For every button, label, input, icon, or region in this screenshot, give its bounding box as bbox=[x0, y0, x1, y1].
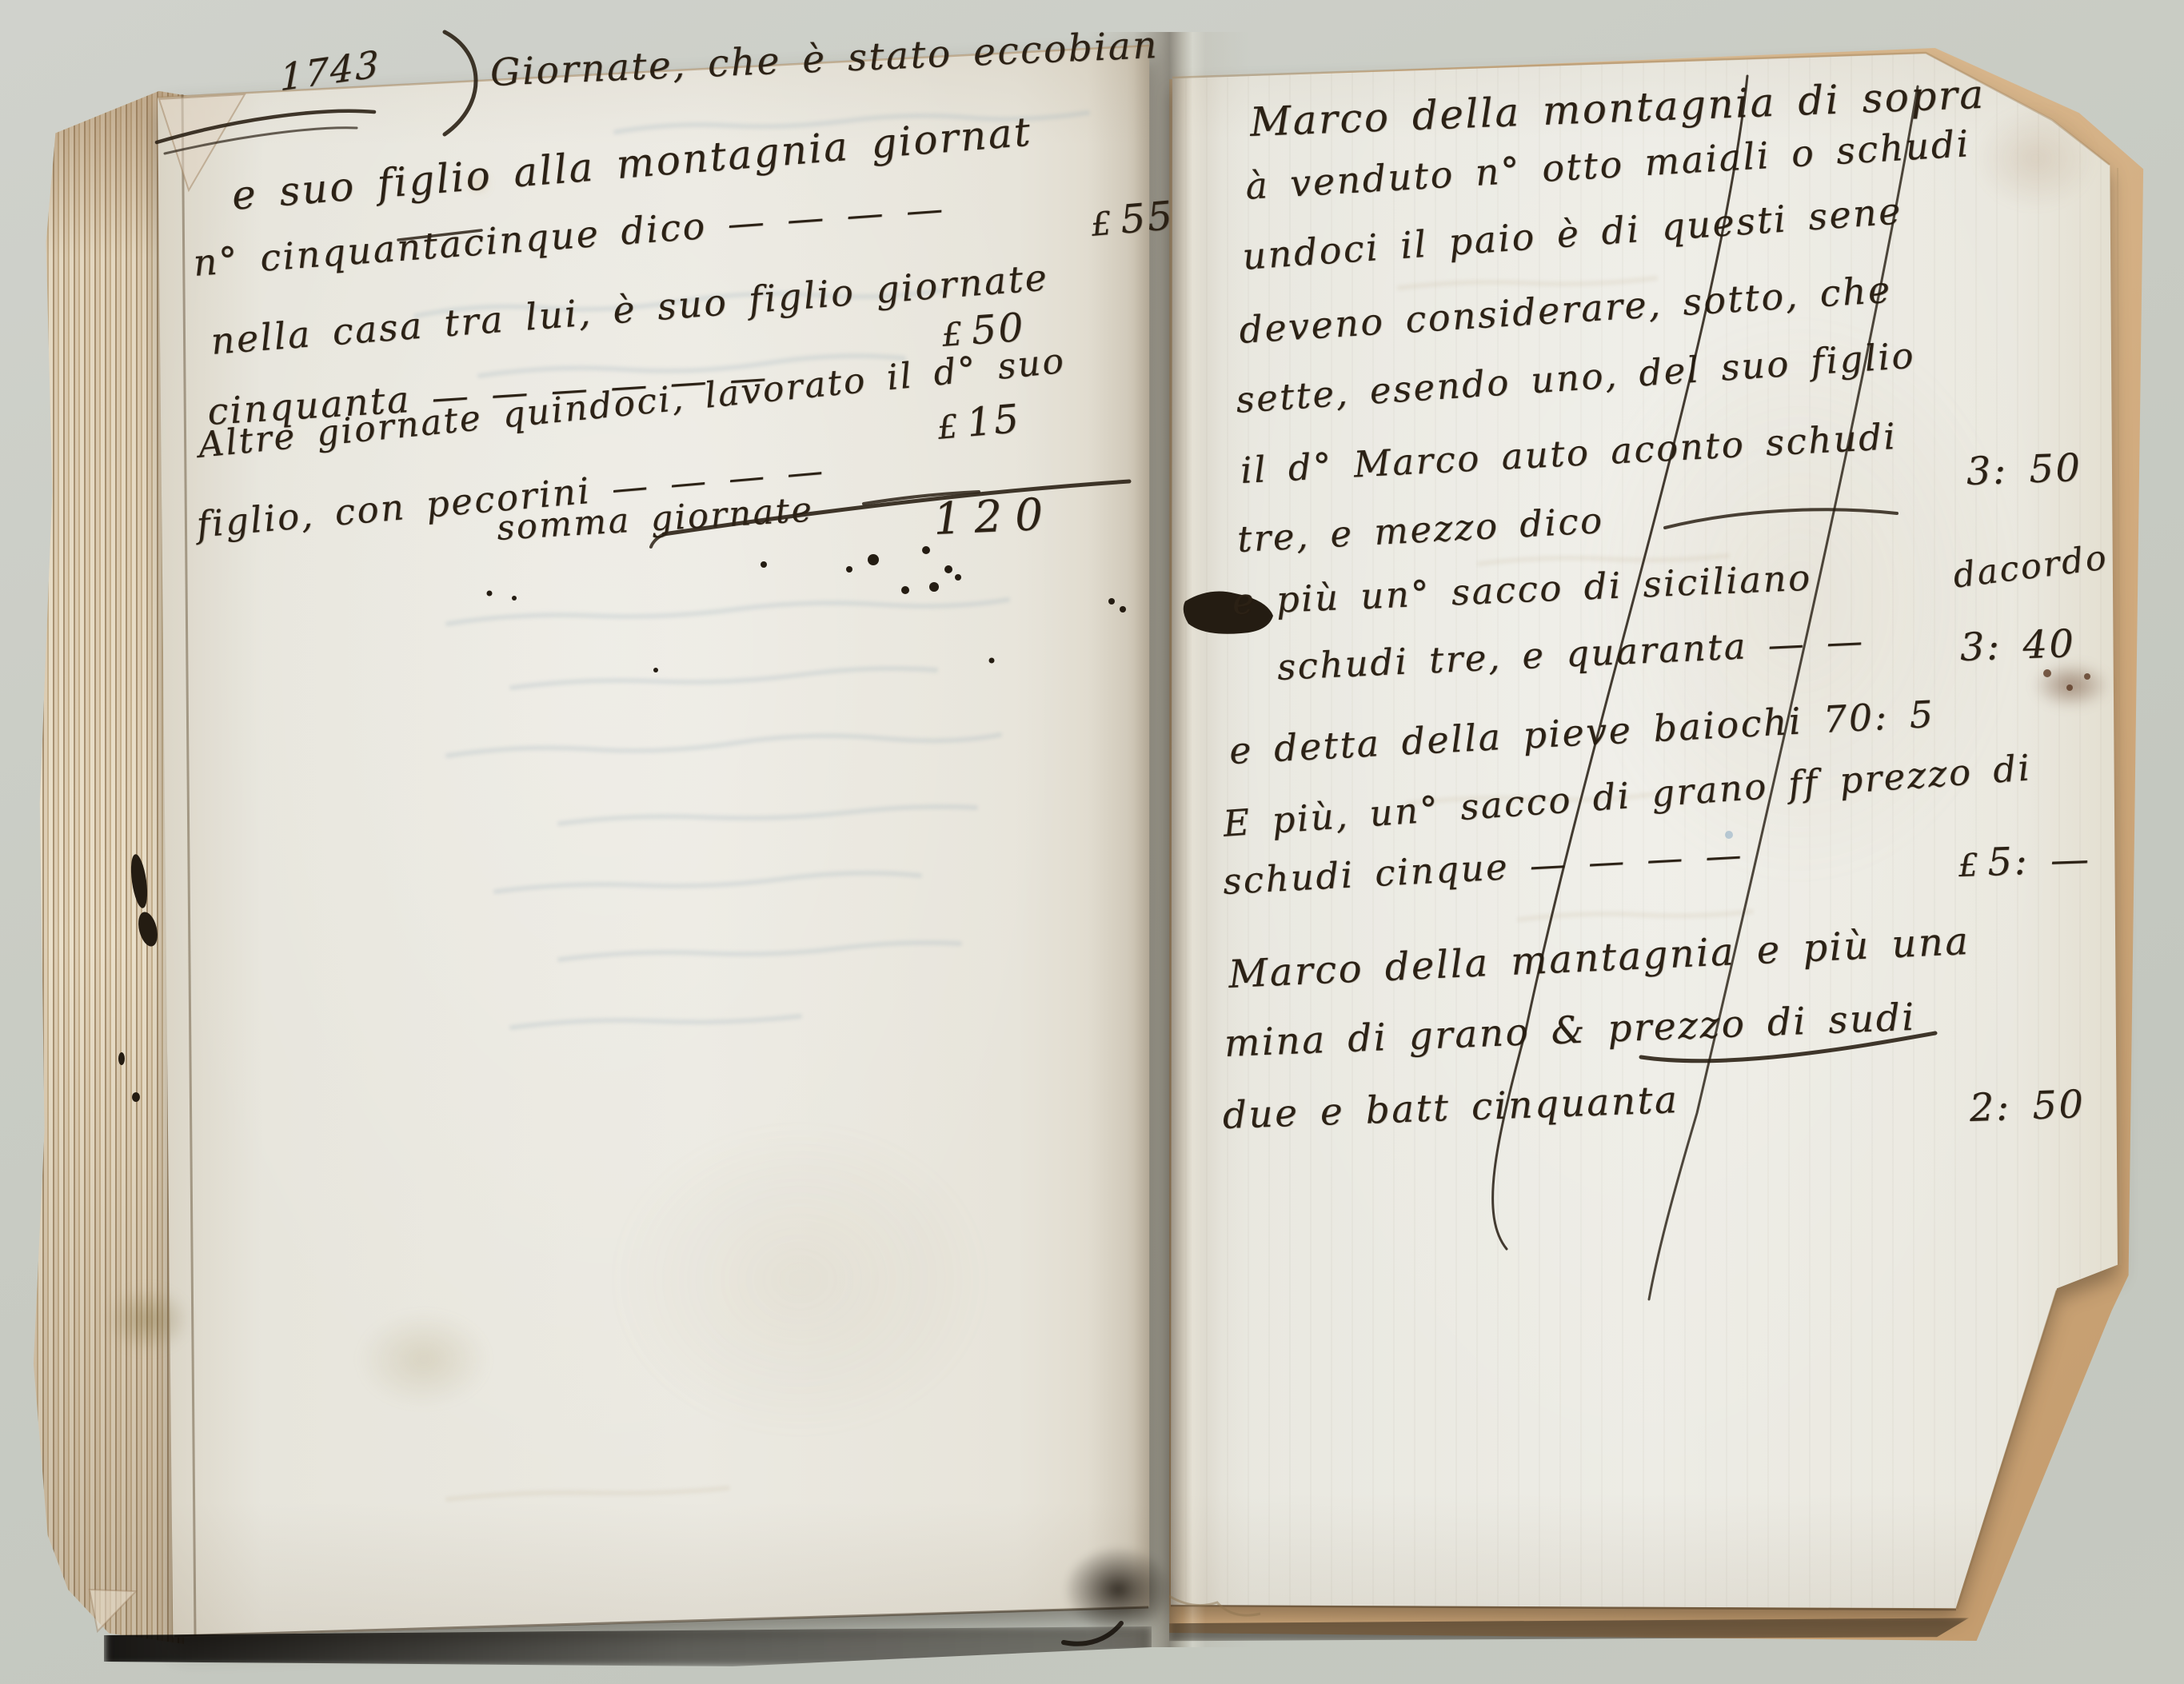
manuscript-photo: 1743 Giornate, che è stato eccobian e su… bbox=[0, 0, 2184, 1684]
gutter-bottom-shadow bbox=[1042, 1529, 1194, 1650]
entry-amount: 3: 50 bbox=[1966, 449, 2082, 491]
amount-days: 55 bbox=[1119, 193, 1176, 243]
currency-mark: £ bbox=[940, 316, 965, 354]
entry-amount: 3: 40 bbox=[1959, 625, 2076, 667]
amount-scudi: 5: — bbox=[1986, 836, 2091, 884]
entry-amount: 2: 50 bbox=[1969, 1085, 2086, 1127]
currency-mark: £ bbox=[936, 409, 961, 447]
sum-total: 120 bbox=[932, 492, 1056, 541]
entry-amount: £55 bbox=[1089, 196, 1176, 242]
stain bbox=[560, 1079, 1040, 1479]
stain bbox=[336, 1295, 512, 1423]
entry-amount: £15 bbox=[936, 399, 1022, 445]
entry-amount: £5: — bbox=[1958, 840, 2091, 883]
amount-days: 15 bbox=[965, 396, 1023, 446]
currency-mark: £ bbox=[1089, 206, 1115, 244]
currency-mark: £ bbox=[1958, 847, 1981, 884]
stain bbox=[92, 1275, 204, 1363]
